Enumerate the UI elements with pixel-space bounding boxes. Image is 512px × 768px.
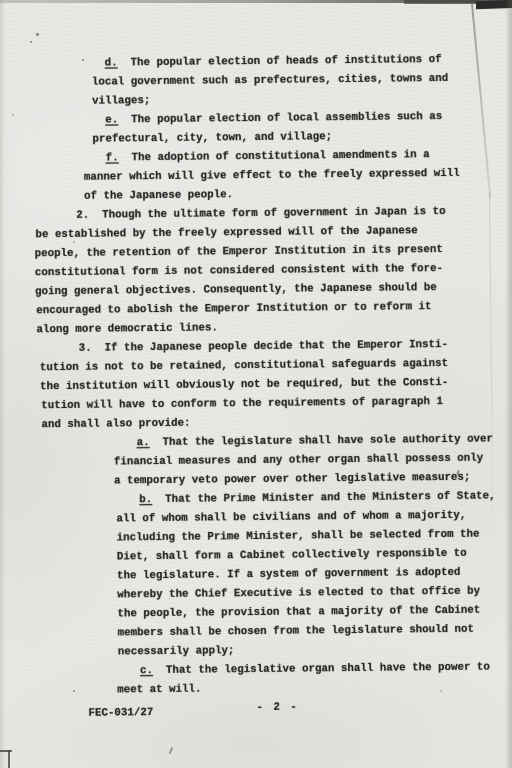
- text-line-content: the legislature. If a system of governme…: [117, 567, 461, 583]
- list-item-marker: e.: [105, 114, 118, 126]
- list-item-marker: c.: [140, 665, 153, 677]
- document-number: FEC-031/27: [88, 704, 153, 724]
- text-line-content: constitutional form is not considered co…: [35, 263, 443, 279]
- text-line-content: manner which will give effect to the fre…: [84, 168, 460, 184]
- text-line-content: tution is not to be retained, constituti…: [40, 358, 448, 374]
- text-line-content: That the Prime Minister and the Minister…: [152, 490, 496, 506]
- text-line-content: The adoption of constitutional amendment…: [119, 149, 430, 164]
- list-item-marker: b.: [139, 494, 152, 506]
- list-item-marker: d.: [105, 57, 118, 69]
- text-line-content: villages;: [92, 95, 150, 108]
- text-line-content: Diet, shall form a Cabinet collectively …: [117, 548, 467, 564]
- scanned-document-page: d. The popular election of heads of inst…: [0, 0, 512, 768]
- text-line-content: all of whom shall be civilians and of wh…: [116, 510, 466, 526]
- text-line-content: financial measures and any other organ s…: [114, 453, 483, 469]
- page-number: - 2 -: [256, 699, 299, 718]
- document-text-block: d. The popular election of heads of inst…: [0, 0, 512, 768]
- text-line-content: tution will have to conform to the requi…: [41, 396, 443, 412]
- text-line-content: people, the retention of the Emperor Ins…: [35, 244, 443, 260]
- text-line-content: and shall also provide:: [41, 418, 190, 432]
- text-line-content: necessarily apply;: [118, 645, 235, 658]
- text-line-content: including the Prime Minister, shall be s…: [117, 529, 480, 545]
- text-line-content: 2. Though the ultimate form of governmen…: [76, 206, 445, 222]
- text-line-content: 3. If the Japanese people decide that th…: [79, 339, 448, 355]
- text-line-content: meet at will.: [117, 684, 201, 697]
- text-line-content: The popular election of heads of institu…: [118, 54, 442, 69]
- page-footer: FEC-031/27 - 2 -: [3, 700, 512, 724]
- text-line-content: The popular election of local assemblies…: [118, 111, 442, 126]
- text-line-content: That the legislative organ shall have th…: [153, 662, 490, 678]
- text-line-content: local government such as prefectures, ci…: [92, 73, 448, 89]
- text-line-content: the institution will obviously not be re…: [40, 377, 448, 393]
- text-line-content: be established by the freely expressed w…: [35, 225, 417, 241]
- text-line-content: prefectural, city, town, and village;: [92, 131, 332, 146]
- text-line-content: of the Japanese people.: [84, 189, 233, 203]
- text-line-content: a temporary veto power over other legisl…: [114, 472, 470, 488]
- text-line-content: members shall be chosen from the legisla…: [118, 624, 474, 640]
- text-line-content: going general objectives. Consequently, …: [35, 282, 437, 298]
- text-line-content: whereby the Chief Executive is elected t…: [117, 586, 480, 602]
- text-line-content: encouraged to abolish the Emperor Instit…: [36, 301, 431, 317]
- text-line-content: That the legislature shall have sole aut…: [150, 434, 494, 450]
- text-line-content: the people, the provision that a majorit…: [117, 605, 480, 621]
- list-item-marker: a.: [137, 437, 150, 449]
- text-line-content: along more democratic lines.: [36, 322, 218, 336]
- list-item-marker: f.: [106, 152, 119, 164]
